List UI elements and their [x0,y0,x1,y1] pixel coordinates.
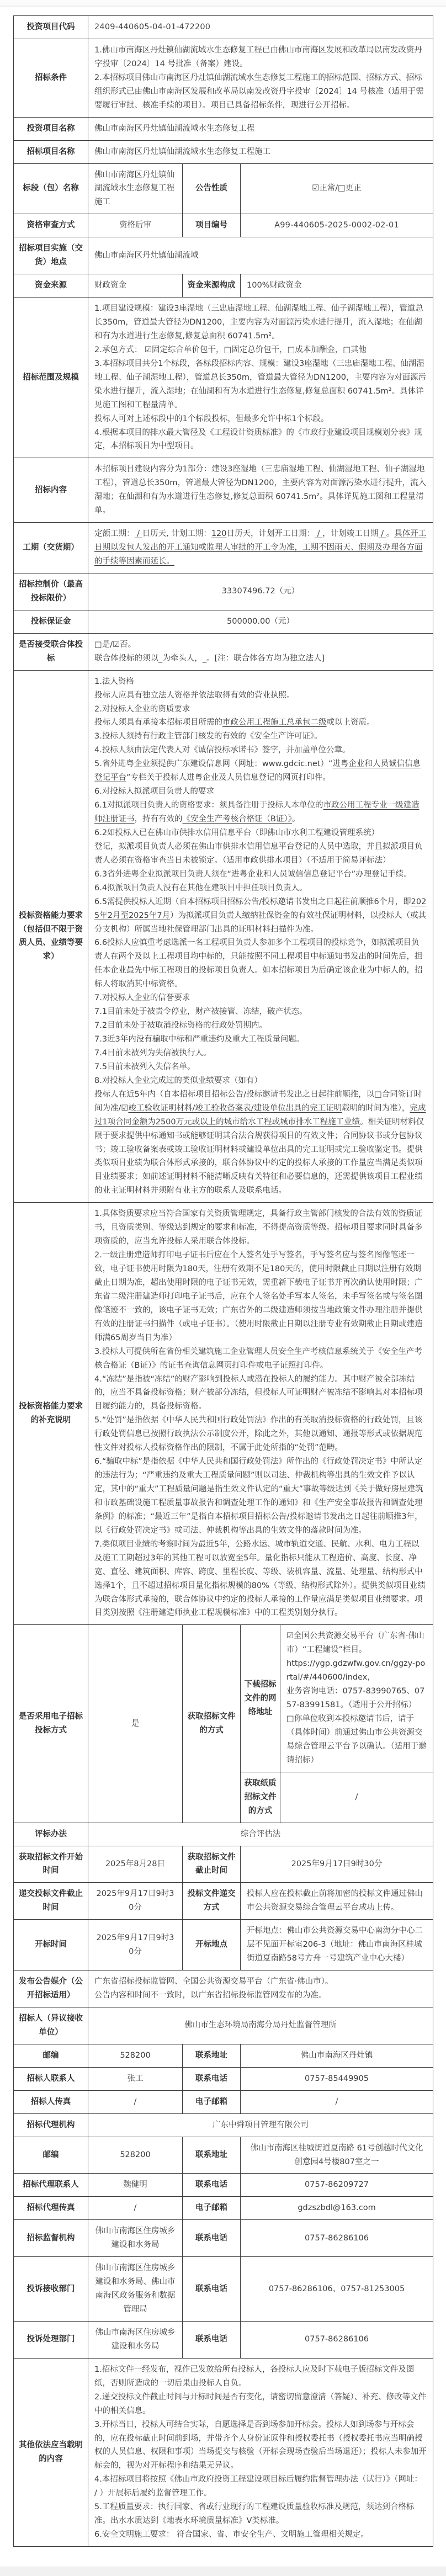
download-address-label: 下载招标文件的网络地址 [241,1625,280,1772]
doc-obtain-method-label: 获取招标文件的方式 [183,1625,241,1823]
qualification-notes-label: 投标资格能力要求的补充说明 [14,1203,88,1625]
tenderer-email-value: / [241,2090,433,2113]
agency-value: 广东中舜项目管理有限公司 [88,2113,433,2137]
tender-name-label: 招标项目名称 [14,140,88,163]
row-tenderer-fax: 招标人传真 / 电子邮箱 / [14,2090,433,2113]
content-label: 招标内容 [14,458,88,523]
complaint-receiving-value: 佛山市南海区住房城乡建设和水务局、佛山市南海区政务服务和数据管理局 [88,2257,183,2322]
complaint-handling-value: 佛山市南海区住房城乡建设和水务局 [88,2321,183,2358]
qualification-notes-value: 1.具体资质要求应当符合国家有关资质管理规定，具备行政主管部门核发的合法有效的资… [88,1203,433,1625]
row-agency: 招标代理机构 广东中舜项目管理有限公司 [14,2113,433,2137]
row-duration: 工期（交货期） 定额工期： / 日历天, 计划工期：120日历天，计划开工日期：… [14,523,433,573]
row-control-price: 招标控制价（最高投标限价） 33307496.72（元） [14,573,433,610]
tenderer-postcode-label: 邮编 [14,2044,88,2067]
complaint-handling-tel-value: 0757-86286106 [241,2321,433,2358]
row-project-code: 投资项目代码 2409-440605-04-01-472200 [14,16,433,39]
agency-email-label: 电子邮箱 [183,2197,241,2220]
electronic-bidding-value: 是 [88,1625,183,1823]
supervision-tel-value: 0757-86286106 [241,2220,433,2257]
row-media: 发布公告媒介（公开招标适用） 广东省招标投标监管网、全国公共资源交易平台（广东省… [14,1970,433,2007]
page-bottom-strip [0,2567,446,2576]
tenderer-contact-label: 招标人联系人 [14,2067,88,2090]
row-tenderer: 招标人（异议接收单位） 佛山市生态环境局南海分局丹灶监督管理所 [14,2007,433,2044]
row-agency-contact: 招标代理联系人 魏健明 联系电话 0757-86209727 [14,2174,433,2197]
tender-announcement-table: 投资项目代码 2409-440605-04-01-472200 招标条件 1.佛… [13,15,433,2547]
submit-method-label: 投标文件递交方式 [183,1883,241,1920]
row-section-name: 标段（包）名称 佛山市南海区丹灶镇仙湖流域水生态修复工程施工 公告性质 ☑正常/… [14,163,433,214]
row-scope: 招标范围及规模 1.项目建设规模：建设3座湿地（三忠庙湿地工程、仙湖湿地工程、仙… [14,298,433,458]
bid-bond-label: 投标保证金 [14,610,88,633]
consortium-value: □是/☑否。联合体投标的须以_为牵头人，_。[注：联合体各方均为独立法人] [88,633,433,670]
tenderer-fax-label: 招标人传真 [14,2090,88,2113]
location-value: 佛山市南海区丹灶镇仙湖流域 [88,237,433,274]
doc-end-label: 获取招标文件截止时间 [183,1846,241,1883]
agency-contact-label: 招标代理联系人 [14,2174,88,2197]
agency-label: 招标代理机构 [14,2113,88,2137]
qualification-review-label: 资格审查方式 [14,214,88,237]
complaint-handling-tel-label: 联系电话 [183,2321,241,2358]
evaluation-label: 评标办法 [14,1823,88,1846]
submit-method-value: 投标人应在投标截止前将加密的投标文件通过佛山市公共资源交易综合管理云平台成功上传… [241,1883,433,1920]
tenderer-address-value: 佛山市南海区丹灶镇 [241,2044,433,2067]
agency-email-value: gdzszbdl@163.com [241,2197,433,2220]
agency-address-value: 佛山市南海区桂城街道夏南路 61号创越时代文化创意园4号楼807室之一 [241,2137,433,2174]
complaint-handling-label: 投诉处理部门 [14,2321,88,2358]
control-price-label: 招标控制价（最高投标限价） [14,573,88,610]
qualification-req-value: 1.法人资格投标人应具有独立法人资格并依法取得有效的营业执照。2.对投标人企业的… [88,670,433,1203]
duration-value: 定额工期： / 日历天, 计划工期：120日历天，计划开工日期： / ，计划竣工… [88,523,433,573]
investment-name-value: 佛山市南海区丹灶镇仙湖流域水生态修复工程 [88,117,433,140]
row-qualification-req: 投标资格能力要求（包括但不限于资质人员、业绩等要求） 1.法人资格投标人应具有独… [14,670,433,1203]
evaluation-value: 综合评估法 [88,1823,433,1846]
download-address-value: ☑全国公共资源交易平台（广东省·佛山市）“工程建设”栏目。https://ygp… [280,1625,433,1772]
bid-conditions-value: 1.佛山市南海区丹灶镇仙湖流域水生态修复工程已由佛山市南海区发展和改革局以南发改… [88,39,433,117]
project-number-label: 项目编号 [183,214,241,237]
submit-deadline-label: 递交投标文件截止时间 [14,1883,88,1920]
row-tender-name: 招标项目名称 佛山市南海区丹灶镇仙湖流域水生态修复工程施工 [14,140,433,163]
funding-composition-label: 资金来源构成 [183,274,241,298]
tenderer-label: 招标人（异议接收单位） [14,2007,88,2044]
row-consortium: 是否接受联合体投标 □是/☑否。联合体投标的须以_为牵头人，_。[注：联合体各方… [14,633,433,670]
agency-tel-label: 联系电话 [183,2174,241,2197]
row-funding: 资金来源 财政资金 资金来源构成 100%财政资金 [14,274,433,298]
complaint-receiving-tel-label: 联系电话 [183,2257,241,2322]
row-evaluation: 评标办法 综合评估法 [14,1823,433,1846]
qualification-req-label: 投标资格能力要求（包括但不限于资质人员、业绩等要求） [14,670,88,1203]
tenderer-postcode-value: 528200 [88,2044,183,2067]
tenderer-value: 佛山市生态环境局南海分局丹灶监督管理所 [88,2007,433,2044]
tender-name-value: 佛山市南海区丹灶镇仙湖流域水生态修复工程施工 [88,140,433,163]
project-code-value: 2409-440605-04-01-472200 [88,16,433,39]
agency-postcode-value: 528200 [88,2137,183,2174]
media-value: 广东省招标投标监管网、全国公共资源交易平台（广东省·佛山市）。公告内容和时间不一… [88,1970,433,2007]
row-content: 招标内容 本招标项目建设内容分为1部分：建设3座湿地（三忠庙湿地工程、仙湖湿地工… [14,458,433,523]
scope-value: 1.项目建设规模：建设3座湿地（三忠庙湿地工程、仙湖湿地工程、仙子湖湿地工程），… [88,298,433,458]
investment-name-label: 投资项目名称 [14,117,88,140]
tenderer-contact-value: 张工 [88,2067,183,2090]
complaint-receiving-tel-value: 0757-86286106、0757-81253005 [241,2257,433,2322]
row-bid-bond: 投标保证金 500000.00（元） [14,610,433,633]
qualification-review-value: 资格后审 [88,214,183,237]
supervision-label: 招标监督机构 [14,2220,88,2257]
row-agency-postcode: 邮编 528200 联系地址 佛山市南海区桂城街道夏南路 61号创越时代文化创意… [14,2137,433,2174]
supervision-value: 佛山市南海区住房城乡建设和水务局 [88,2220,183,2257]
agency-tel-value: 0757-86209727 [241,2174,433,2197]
row-doc-time: 获取招标文件开始时间 2025年8月28日 获取招标文件截止时间 2025年9月… [14,1846,433,1883]
tenderer-address-label: 联系地址 [183,2044,241,2067]
tenderer-tel-label: 联系电话 [183,2067,241,2090]
row-other: 其他依法应当载明的内容 1.招标文件一经发布，视作已发放给所有投标人，各投标人应… [14,2358,433,2546]
consortium-label: 是否接受联合体投标 [14,633,88,670]
doc-end-value: 2025年9月17日9时30分 [241,1846,433,1883]
row-investment-name: 投资项目名称 佛山市南海区丹灶镇仙湖流域水生态修复工程 [14,117,433,140]
project-code-label: 投资项目代码 [14,16,88,39]
opening-place-value: 开标地点：佛山市公共资源交易中心南海分中心二层不见面开标室206-3（地址：佛山… [241,1920,433,1970]
row-complaint-handling: 投诉处理部门 佛山市南海区住房城乡建设和水务局 联系电话 0757-862861… [14,2321,433,2358]
paper-doc-label: 获取纸质招标文件的方式 [241,1772,280,1823]
row-tenderer-postcode: 邮编 528200 联系地址 佛山市南海区丹灶镇 [14,2044,433,2067]
project-number-value: A99-440605-2025-0002-02-01 [241,214,433,237]
bid-conditions-label: 招标条件 [14,39,88,117]
section-name-value: 佛山市南海区丹灶镇仙湖流域水生态修复工程施工 [88,163,183,214]
content-value: 本招标项目建设内容分为1部分：建设3座湿地（三忠庙湿地工程、仙湖湿地工程、仙子湖… [88,458,433,523]
tenderer-fax-value: / [88,2090,183,2113]
opening-time-value: 2025年9月17日9时30分 [88,1920,183,1970]
bid-bond-value: 500000.00（元） [88,610,433,633]
row-supervision: 招标监督机构 佛山市南海区住房城乡建设和水务局 联系电话 0757-862861… [14,2220,433,2257]
tenderer-email-label: 电子邮箱 [183,2090,241,2113]
row-location: 招标项目实施（交货）地点 佛山市南海区丹灶镇仙湖流域 [14,237,433,274]
supervision-tel-label: 联系电话 [183,2220,241,2257]
row-bid-conditions: 招标条件 1.佛山市南海区丹灶镇仙湖流域水生态修复工程已由佛山市南海区发展和改革… [14,39,433,117]
funding-composition-value: 100%财政资金 [241,274,433,298]
location-label: 招标项目实施（交货）地点 [14,237,88,274]
page-top-strip [0,0,446,7]
row-submit-deadline: 递交投标文件截止时间 2025年9月17日9时30分 投标文件递交方式 投标人应… [14,1883,433,1920]
electronic-bidding-label: 是否采用电子招标投标方式 [14,1625,88,1823]
agency-fax-value: / [88,2197,183,2220]
paper-doc-value: / [280,1772,433,1823]
doc-start-value: 2025年8月28日 [88,1846,183,1883]
agency-contact-value: 魏健明 [88,2174,183,2197]
row-agency-fax: 招标代理传真 / 电子邮箱 gdzszbdl@163.com [14,2197,433,2220]
duration-label: 工期（交货期） [14,523,88,573]
agency-postcode-label: 邮编 [14,2137,88,2174]
tenderer-tel-value: 0757-85449905 [241,2067,433,2090]
notice-nature-value: ☑正常/□更正 [241,163,433,214]
control-price-value: 33307496.72（元） [88,573,433,610]
row-qualification-notes: 投标资格能力要求的补充说明 1.具体资质要求应当符合国家有关资质管理规定，具备行… [14,1203,433,1625]
section-name-label: 标段（包）名称 [14,163,88,214]
other-label: 其他依法应当载明的内容 [14,2358,88,2546]
notice-nature-label: 公告性质 [183,163,241,214]
opening-place-label: 开标地点 [183,1920,241,1970]
scope-label: 招标范围及规模 [14,298,88,458]
row-complaint-receiving: 投诉接收部门 佛山市南海区住房城乡建设和水务局、佛山市南海区政务服务和数据管理局… [14,2257,433,2322]
other-value: 1.招标文件一经发布，视作已发放给所有投标人，各投标人应及时下载电子版招标文件及… [88,2358,433,2546]
agency-fax-label: 招标代理传真 [14,2197,88,2220]
agency-address-label: 联系地址 [183,2137,241,2174]
complaint-receiving-label: 投诉接收部门 [14,2257,88,2322]
funding-label: 资金来源 [14,274,88,298]
funding-value: 财政资金 [88,274,183,298]
opening-time-label: 开标时间 [14,1920,88,1970]
row-opening: 开标时间 2025年9月17日9时30分 开标地点 开标地点：佛山市公共资源交易… [14,1920,433,1970]
doc-start-label: 获取招标文件开始时间 [14,1846,88,1883]
row-tenderer-contact: 招标人联系人 张工 联系电话 0757-85449905 [14,2067,433,2090]
row-electronic-bidding: 是否采用电子招标投标方式 是 获取招标文件的方式 下载招标文件的网络地址 ☑全国… [14,1625,433,1772]
submit-deadline-value: 2025年9月17日9时30分 [88,1883,183,1920]
row-qualification-review: 资格审查方式 资格后审 项目编号 A99-440605-2025-0002-02… [14,214,433,237]
media-label: 发布公告媒介（公开招标适用） [14,1970,88,2007]
